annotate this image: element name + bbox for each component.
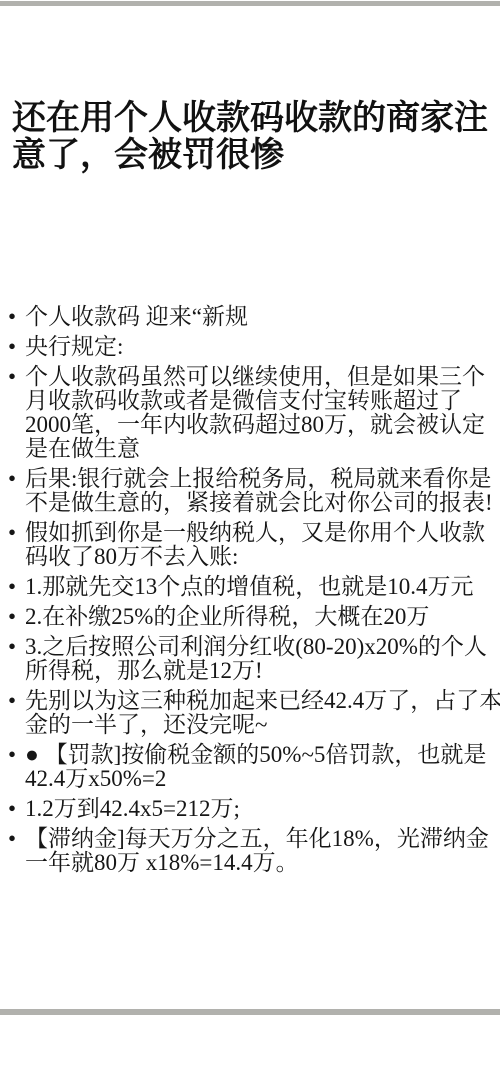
- list-item: •【滞纳金]每天万分之五，年化18%，光滞纳金一年就80万 x18%=14.4万…: [8, 827, 494, 875]
- text-line: 一年就80万 x18%=14.4万。: [25, 851, 494, 875]
- bullet-marker: •: [8, 575, 25, 599]
- text-line: 是在做生意: [25, 437, 494, 461]
- list-item: •● 【罚款]按偷税金额的50%~5倍罚款，也就是42.4万x50%=2: [8, 743, 494, 791]
- text-line: 月收款码收款或者是微信支付宝转账超过了: [25, 389, 494, 413]
- bullet-marker: •: [8, 743, 25, 767]
- top-divider-bar: [0, 1, 500, 6]
- text-line: 不是做生意的，紧接着就会比对你公司的报表!: [25, 491, 494, 515]
- text-line: 假如抓到你是一般纳税人，又是你用个人收款: [25, 521, 494, 545]
- infographic-page: 还在用个人收款码收款的商家注 意了，会被罚很惨 •个人收款码 迎来“新规•央行规…: [0, 0, 500, 1069]
- text-line: 先别以为这三种税加起来已经42.4万了，占了本: [25, 689, 494, 713]
- list-item: •先别以为这三种税加起来已经42.4万了，占了本金的一半了，还没完呢~: [8, 689, 494, 737]
- list-item: •个人收款码虽然可以继续使用，但是如果三个月收款码收款或者是微信支付宝转账超过了…: [8, 365, 494, 461]
- text-line: 42.4万x50%=2: [25, 767, 494, 791]
- bullet-marker: •: [8, 521, 25, 545]
- text-line: 1.2万到42.4x5=212万;: [25, 797, 494, 821]
- text-line: 2.在补缴25%的企业所得税，大概在20万: [25, 605, 494, 629]
- bullet-marker: •: [8, 335, 25, 359]
- bullet-marker: •: [8, 827, 25, 851]
- text-line: 3.之后按照公司利润分红收(80-20)x20%的个人: [25, 635, 494, 659]
- list-item: •后果:银行就会上报给税务局，税局就来看你是不是做生意的，紧接着就会比对你公司的…: [8, 467, 494, 515]
- page-title: 还在用个人收款码收款的商家注 意了，会被罚很惨: [12, 100, 494, 174]
- text-line: 个人收款码 迎来“新规: [25, 305, 494, 329]
- bullet-marker: •: [8, 365, 25, 389]
- bullet-marker: •: [8, 797, 25, 821]
- list-item: •假如抓到你是一般纳税人，又是你用个人收款码收了80万不去入账:: [8, 521, 494, 569]
- bullet-marker: •: [8, 305, 25, 329]
- list-item: •个人收款码 迎来“新规: [8, 305, 494, 329]
- list-item: •3.之后按照公司利润分红收(80-20)x20%的个人所得税，那么就是12万!: [8, 635, 494, 683]
- text-line: 码收了80万不去入账:: [25, 545, 494, 569]
- list-item: •2.在补缴25%的企业所得税，大概在20万: [8, 605, 494, 629]
- bullet-marker: •: [8, 467, 25, 491]
- text-line: ● 【罚款]按偷税金额的50%~5倍罚款，也就是: [25, 743, 494, 767]
- bullet-list: •个人收款码 迎来“新规•央行规定:•个人收款码虽然可以继续使用，但是如果三个月…: [8, 305, 494, 881]
- text-line: 央行规定:: [25, 335, 494, 359]
- text-line: 后果:银行就会上报给税务局，税局就来看你是: [25, 467, 494, 491]
- text-line: 金的一半了，还没完呢~: [25, 713, 494, 737]
- list-item: •央行规定:: [8, 335, 494, 359]
- text-line: 个人收款码虽然可以继续使用，但是如果三个: [25, 365, 494, 389]
- text-line: 2000笔，一年内收款码超过80万，就会被认定: [25, 413, 494, 437]
- text-line: 【滞纳金]每天万分之五，年化18%，光滞纳金: [25, 827, 494, 851]
- bullet-marker: •: [8, 605, 25, 629]
- title-line-1: 还在用个人收款码收款的商家注: [12, 100, 494, 137]
- list-item: •1.2万到42.4x5=212万;: [8, 797, 494, 821]
- title-line-2: 意了，会被罚很惨: [12, 137, 494, 174]
- bottom-divider-bar: [0, 1009, 500, 1015]
- list-item: •1.那就先交13个点的增值税，也就是10.4万元: [8, 575, 494, 599]
- bullet-marker: •: [8, 635, 25, 659]
- text-line: 所得税，那么就是12万!: [25, 659, 494, 683]
- text-line: 1.那就先交13个点的增值税，也就是10.4万元: [25, 575, 494, 599]
- bullet-marker: •: [8, 689, 25, 713]
